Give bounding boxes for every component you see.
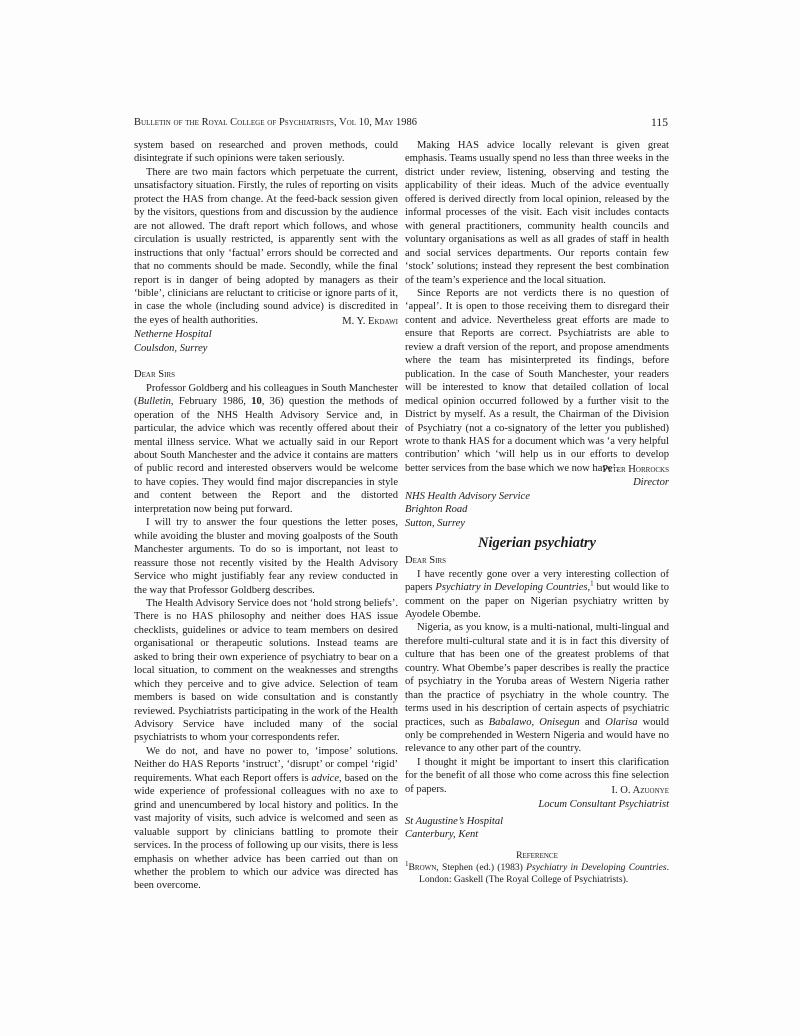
letter3-address-line: St Augustine’s Hospital — [405, 815, 669, 828]
reference-item: 1Brown, Stephen (ed.) (1983) Psychiatry … — [405, 862, 669, 886]
letter3-signature: I. O. Azuonye — [612, 784, 669, 797]
volume-number: 10 — [251, 396, 262, 407]
spacer — [134, 355, 398, 368]
letter2-paragraph: Professor Goldberg and his colleagues in… — [134, 382, 398, 517]
text: , 36) question the methods of operation … — [134, 396, 398, 515]
letter3-address-line: Canterbury, Kent — [405, 828, 669, 841]
emphasis: advice — [312, 773, 340, 784]
text: , Stephen (ed.) (1983) — [436, 862, 526, 873]
letter3-paragraph: I have recently gone over a very interes… — [405, 568, 669, 622]
letter2-signature: Peter Horrocks — [602, 463, 669, 476]
letter2-paragraph: The Health Advisory Service does not ‘ho… — [134, 597, 398, 745]
letter1-address-line: Netherne Hospital — [134, 328, 398, 341]
journal-name: Bulletin — [138, 396, 171, 407]
text: , February 1986, — [171, 396, 251, 407]
letter2-paragraph: We do not, and have no power to, ‘impose… — [134, 745, 398, 893]
page-number: 115 — [651, 117, 668, 129]
letter3-salutation: Dear Sirs — [405, 554, 669, 567]
text: , based on the wide experience of profes… — [134, 773, 398, 892]
journal-title: Bulletin of the Royal College of Psychia… — [134, 117, 417, 128]
letter2-address-line: Brighton Road — [405, 503, 669, 516]
journal-page: Bulletin of the Royal College of Psychia… — [0, 0, 800, 1036]
letter1-address-line: Coulsdon, Surrey — [134, 342, 398, 355]
left-column: system based on researched and proven me… — [134, 139, 398, 893]
letter1-paragraph: There are two main factors which perpetu… — [134, 166, 398, 327]
article-title: Nigerian psychiatry — [405, 535, 669, 552]
letter2-address-line: Sutton, Surrey — [405, 517, 669, 530]
letter1-continuation: system based on researched and proven me… — [134, 139, 398, 166]
right-column: Making HAS advice locally relevant is gi… — [405, 139, 669, 886]
letter2-paragraph: I will try to answer the four questions … — [134, 516, 398, 597]
reference-author: Brown — [409, 862, 437, 873]
reference-heading: Reference — [405, 850, 669, 862]
letter3-paragraph: Nigeria, as you know, is a multi-nationa… — [405, 621, 669, 756]
letter2-salutation: Dear Sirs — [134, 368, 398, 381]
running-header: Bulletin of the Royal College of Psychia… — [134, 117, 668, 128]
book-title: Psychiatry in Developing Countries — [435, 582, 587, 593]
letter2-address-line: NHS Health Advisory Service — [405, 490, 669, 503]
text: and — [580, 717, 606, 728]
letter1-signature: M. Y. Ekdawi — [342, 315, 398, 328]
letter2-role: Director — [405, 476, 669, 489]
letter2-paragraph: Making HAS advice locally relevant is gi… — [405, 139, 669, 287]
term: Babalawo — [489, 717, 532, 728]
term: Onisegun — [539, 717, 579, 728]
term: Olarisa — [605, 717, 637, 728]
letter3-role: Locum Consultant Psychiatrist — [405, 798, 669, 811]
reference-title: Psychiatry in Developing Countries — [526, 862, 666, 873]
text: Nigeria, as you know, is a multi-nationa… — [405, 622, 669, 727]
letter2-paragraph: Since Reports are not verdicts there is … — [405, 287, 669, 475]
